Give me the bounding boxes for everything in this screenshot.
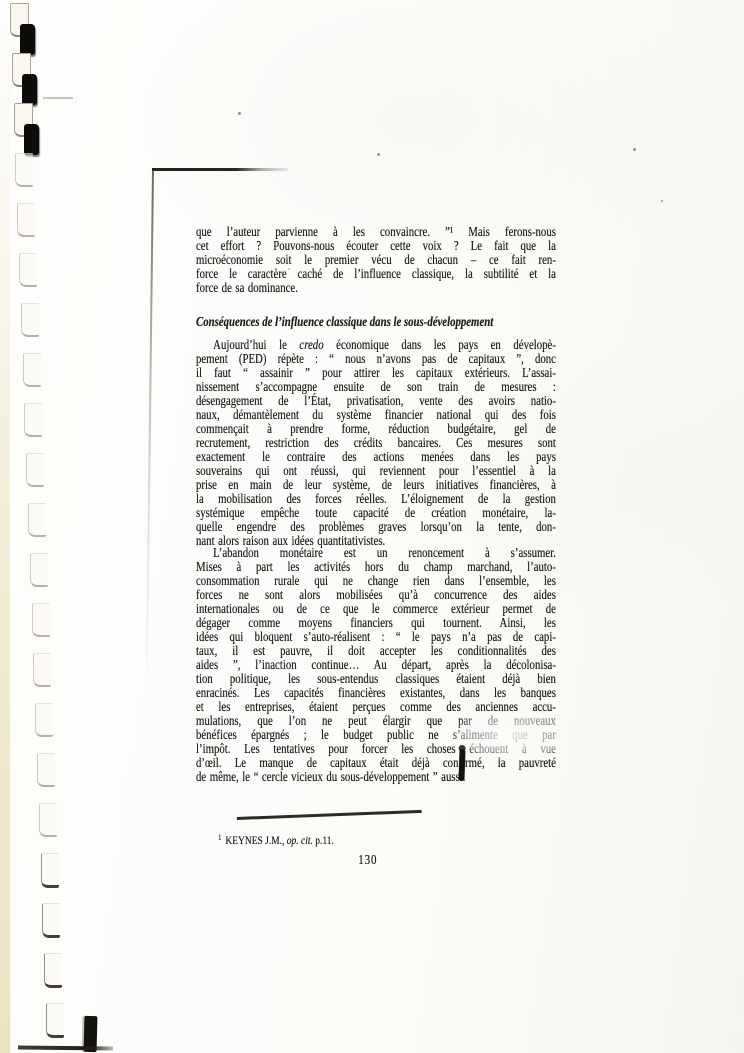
text-line: tion politique, les sous-entendus classi… [196, 672, 556, 686]
text-line: systémique empêche toute capacité de cré… [196, 506, 556, 520]
text-line: la mobilisation des forces réelles. L’él… [196, 492, 556, 506]
text-line: exactement le contraire des actions mené… [196, 450, 556, 464]
binder-ring-ink-blob [22, 74, 37, 105]
page-binding-edge [0, 0, 10, 1053]
toner-speck [633, 148, 636, 151]
italic-term: credo [299, 337, 323, 352]
text-line: il faut “ assainir ” pour attirer les ca… [196, 366, 556, 380]
photocopy-fold-artifact [146, 170, 154, 700]
text-line: L’abandon monétaire est un renoncement à… [196, 546, 556, 560]
text-line: commençait à prendre forme, réduction bu… [196, 422, 556, 436]
binding-hole [30, 553, 48, 587]
section-heading: Conséquences de l’influence classique da… [196, 314, 556, 329]
binder-ring-ink-blob [24, 124, 39, 155]
binding-hole [32, 603, 50, 637]
binding-hole [15, 153, 33, 187]
body-paragraph-2: Aujourd’hui le credo économique dans les… [196, 338, 556, 548]
text-line: force le caractère caché de l’influence … [196, 267, 556, 281]
text-segment: Aujourd’hui le [213, 337, 299, 352]
binder-ring-ink-blob [20, 24, 35, 55]
text-line: désengagement de l’État, privatisation, … [196, 394, 556, 408]
binding-hole [26, 453, 44, 487]
footnote-opcit: op. cit. [287, 834, 313, 847]
footnote-marker: 1 [218, 833, 221, 842]
text-line: taux, il est pauvre, il doit accepter le… [196, 644, 556, 658]
text-line: nissement s’accompagne ensuite de son tr… [196, 380, 556, 394]
binding-hole [10, 3, 29, 37]
binding-hole [23, 353, 41, 387]
text-line: souverains qui ont réussi, qui reviennen… [196, 464, 556, 478]
text-line: Mises à part les activités hors du champ… [196, 560, 556, 574]
text-line: naux, démantèlement du système financier… [196, 408, 556, 422]
text-line: quelle engendre des problèmes graves lor… [196, 520, 556, 534]
binding-hole [44, 953, 62, 988]
binding-hole [17, 203, 35, 237]
text-line: que l’auteur parvienne à les convaincre.… [196, 225, 556, 239]
text-line: idées qui bloquent s’auto-réalisent : “ … [196, 630, 556, 644]
text-line: enracinés. Les capacités financières exi… [196, 686, 556, 700]
ink-smudge-mark [458, 749, 465, 781]
scanned-book-page: que l’auteur parvienne à les convaincre.… [0, 0, 744, 1053]
binding-hole [42, 903, 60, 938]
text-line: dégager comme moyens financiers qui tour… [196, 616, 556, 630]
binding-hole [35, 703, 53, 737]
binding-hole [37, 753, 55, 787]
page-number: 130 [338, 852, 399, 868]
page-text-block: que l’auteur parvienne à les convaincre.… [196, 0, 556, 1053]
text-line: forces ne sont alors mobilisées qu’à con… [196, 588, 556, 602]
binding-hole [33, 653, 51, 687]
binding-hole [21, 303, 39, 337]
text-line: cet effort ? Pouvons-nous écouter cette … [196, 239, 556, 253]
binding-hole [46, 1003, 64, 1038]
footnote-author: KEYNES J.M., [223, 834, 287, 847]
text-line: consommation rurale qui ne change rien d… [196, 574, 556, 588]
body-paragraph-1: que l’auteur parvienne à les convaincre.… [196, 225, 556, 295]
text-line: Aujourd’hui le credo économique dans les… [196, 338, 556, 352]
text-line: internationales ou de ce que le commerce… [196, 602, 556, 616]
text-line: pement (PED) répète : “ nous n’avons pas… [196, 352, 556, 366]
toner-smudge [43, 97, 73, 99]
binding-hole [41, 853, 59, 888]
text-line: aides ”, l’inaction continue… Au départ,… [196, 658, 556, 672]
text-line: force de sa dominance. [196, 281, 556, 295]
binding-hole [24, 403, 42, 437]
text-line: recrutement, restriction des crédits ban… [196, 436, 556, 450]
binding-hole [19, 253, 37, 287]
footnote-divider [237, 810, 422, 820]
text-line: de même, le “ cercle vicieux du sous-dév… [196, 770, 556, 784]
binding-hole [39, 803, 57, 837]
footnote: 1 KEYNES J.M., op. cit. p.11. [218, 831, 334, 848]
binding-hole [12, 53, 31, 87]
footnote-page-ref: p.11. [313, 834, 334, 847]
text-segment: économique dans les pays en dévelopè- [324, 337, 556, 352]
toner-speck [661, 200, 663, 202]
binding-hole [14, 103, 33, 137]
text-line: et les entreprises, étaient perçues comm… [196, 700, 556, 714]
binding-hole [28, 503, 46, 537]
faded-ink-patch [452, 715, 568, 761]
text-line: microéconomie soit le premier vécu de ch… [196, 253, 556, 267]
text-line: prise en main de leur système, de leurs … [196, 478, 556, 492]
page-bottom-edge-shadow [18, 1046, 113, 1051]
